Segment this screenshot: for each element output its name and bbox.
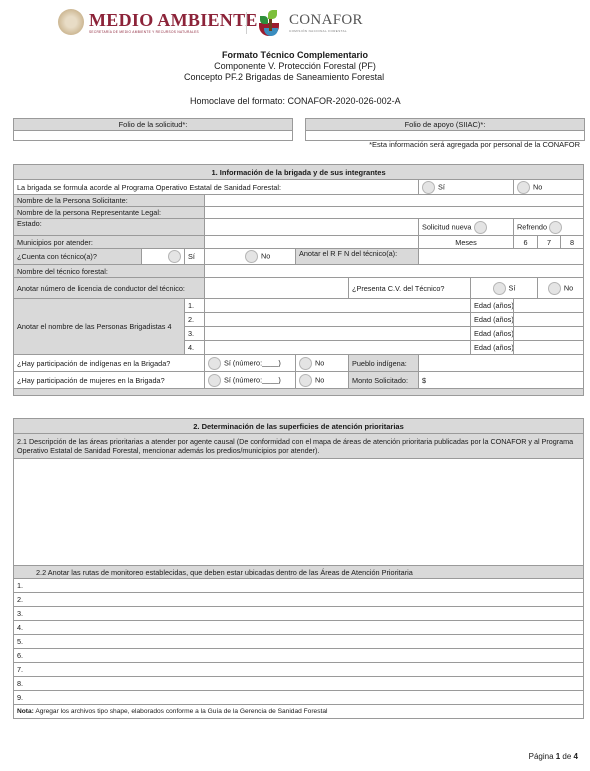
section2-table: 2. Determinación de las superficies de a… <box>13 418 584 719</box>
radio-icon[interactable] <box>548 282 561 295</box>
edad-input[interactable] <box>514 299 584 313</box>
areas-desc-input[interactable] <box>14 459 584 566</box>
folio-solicitud-box: Folio de la solicitud*: <box>13 118 293 141</box>
radio-icon[interactable] <box>299 374 312 387</box>
tecnico-yes-label: Sí <box>185 249 205 265</box>
tecnico-yes-radio[interactable] <box>142 249 185 265</box>
form-component: Componente V. Protección Forestal (PF) <box>0 61 590 71</box>
rutas-label: 2.2 Anotar las rutas de monitoreo establ… <box>14 566 584 579</box>
ruta-row[interactable]: 7. <box>14 663 584 677</box>
conafor-subtitle: COMISIÓN NACIONAL FORESTAL <box>289 29 363 33</box>
programa-yes-option[interactable]: Sí <box>419 180 514 195</box>
solicitante-label: Nombre de la Persona Solicitante: <box>14 195 205 207</box>
tecnico-label: ¿Cuenta con técnico(a)? <box>14 249 142 265</box>
form-homoclave: Homoclave del formato: CONAFOR-2020-026-… <box>190 96 401 106</box>
conafor-tree-icon <box>256 8 286 38</box>
brigadista-name-input[interactable] <box>205 313 471 327</box>
edad-input[interactable] <box>514 327 584 341</box>
pueblo-input[interactable] <box>419 355 584 372</box>
radio-icon[interactable] <box>517 181 530 194</box>
national-seal-icon <box>58 9 84 35</box>
pueblo-label: Pueblo indígena: <box>349 355 419 372</box>
cv-label: ¿Presenta C.V. del Técnico? <box>349 278 471 299</box>
brigadista-name-input[interactable] <box>205 327 471 341</box>
licencia-input[interactable] <box>205 278 349 299</box>
section1-header: 1. Información de la brigada y de sus in… <box>14 165 584 180</box>
rfn-label: Anotar el R F N del técnico(a): <box>296 249 419 265</box>
conafor-title: CONAFOR <box>289 13 363 28</box>
folio-apoyo-input[interactable] <box>306 131 584 140</box>
edad-input[interactable] <box>514 313 584 327</box>
brigadista-num: 4. <box>185 341 205 355</box>
mujeres-label: ¿Hay participación de mujeres en la Brig… <box>14 372 205 389</box>
logo-divider <box>246 12 247 34</box>
page-number: Página 1 de 4 <box>529 752 578 761</box>
folio-solicitud-label: Folio de la solicitud*: <box>14 119 292 131</box>
brigadista-num: 1. <box>185 299 205 313</box>
cv-no-option[interactable]: No <box>538 278 584 299</box>
conafor-logo: CONAFOR COMISIÓN NACIONAL FORESTAL <box>256 8 363 38</box>
edad-label: Edad (años) <box>471 327 514 341</box>
meses-label: Meses <box>419 236 514 249</box>
radio-icon[interactable] <box>299 357 312 370</box>
brigadista-name-input[interactable] <box>205 341 471 355</box>
section2-header: 2. Determinación de las superficies de a… <box>14 419 584 434</box>
rfn-input[interactable] <box>419 249 584 265</box>
indigenas-yes-option[interactable]: Sí (número:____) <box>205 355 296 372</box>
radio-icon[interactable] <box>493 282 506 295</box>
form-concept: Concepto PF.2 Brigadas de Saneamiento Fo… <box>184 72 384 82</box>
radio-icon[interactable] <box>245 250 258 263</box>
programa-no-option[interactable]: No <box>514 180 584 195</box>
municipios-label: Municipios por atender: <box>14 236 205 249</box>
ruta-row[interactable]: 9. <box>14 691 584 705</box>
brigadista-num: 3. <box>185 327 205 341</box>
mujeres-no-option[interactable]: No <box>296 372 349 389</box>
folio-note: *Esta información será agregada por pers… <box>369 140 580 149</box>
folio-apoyo-label: Folio de apoyo (SIIAC)*: <box>306 119 584 131</box>
semarnat-logo: MEDIO AMBIENTE SECRETARÍA DE MEDIO AMBIE… <box>58 9 258 35</box>
representante-input[interactable] <box>205 207 584 219</box>
tecnico-no-option[interactable]: No <box>205 249 296 265</box>
nota: Nota: Agregar los archivos tipo shape, e… <box>14 705 584 719</box>
indigenas-no-option[interactable]: No <box>296 355 349 372</box>
ruta-row[interactable]: 8. <box>14 677 584 691</box>
areas-desc-label: 2.1 Descripción de las áreas prioritaria… <box>14 434 584 459</box>
nombre-tecnico-input[interactable] <box>205 265 584 278</box>
solicitante-input[interactable] <box>205 195 584 207</box>
edad-label: Edad (años) <box>471 313 514 327</box>
edad-label: Edad (años) <box>471 299 514 313</box>
ruta-row[interactable]: 3. <box>14 607 584 621</box>
nota-label: Nota: <box>17 708 34 715</box>
ruta-row[interactable]: 6. <box>14 649 584 663</box>
nombre-tecnico-label: Nombre del técnico forestal: <box>14 265 205 278</box>
meses-option-6[interactable]: 6 <box>514 236 538 249</box>
estado-input[interactable] <box>205 219 419 236</box>
folio-solicitud-input[interactable] <box>14 131 292 140</box>
indigenas-label: ¿Hay participación de indígenas en la Br… <box>14 355 205 372</box>
programa-label: La brigada se formula acorde al Programa… <box>14 180 419 195</box>
licencia-label: Anotar número de licencia de conductor d… <box>14 278 205 299</box>
page-total: 4 <box>574 752 578 761</box>
medio-ambiente-subtitle: SECRETARÍA DE MEDIO AMBIENTE Y RECURSOS … <box>89 30 258 34</box>
radio-icon[interactable] <box>208 357 221 370</box>
meses-option-8[interactable]: 8 <box>561 236 584 249</box>
refrendo-option[interactable]: Refrendo <box>514 219 584 236</box>
radio-icon[interactable] <box>422 181 435 194</box>
ruta-row[interactable]: 2. <box>14 593 584 607</box>
representante-label: Nombre de la persona Representante Legal… <box>14 207 205 219</box>
municipios-input[interactable] <box>205 236 419 249</box>
monto-input[interactable]: $ <box>419 372 584 389</box>
edad-label: Edad (años) <box>471 341 514 355</box>
ruta-row[interactable]: 1. <box>14 579 584 593</box>
form-title: Formato Técnico Complementario <box>0 50 590 60</box>
cv-yes-option[interactable]: Sí <box>471 278 538 299</box>
radio-icon[interactable] <box>474 221 487 234</box>
brigadista-name-input[interactable] <box>205 299 471 313</box>
estado-label: Estado: <box>14 219 205 236</box>
monto-label: Monto Solicitado: <box>349 372 419 389</box>
section1-table: 1. Información de la brigada y de sus in… <box>13 164 584 396</box>
nota-text: Agregar los archivos tipo shape, elabora… <box>34 708 328 715</box>
folio-apoyo-box: Folio de apoyo (SIIAC)*: <box>305 118 585 141</box>
radio-icon[interactable] <box>208 374 221 387</box>
ruta-row[interactable]: 5. <box>14 635 584 649</box>
brigadista-num: 2. <box>185 313 205 327</box>
mujeres-yes-option[interactable]: Sí (número:____) <box>205 372 296 389</box>
medio-ambiente-title: MEDIO AMBIENTE <box>89 11 258 29</box>
ruta-row[interactable]: 4. <box>14 621 584 635</box>
meses-option-7[interactable]: 7 <box>538 236 561 249</box>
solicitud-nueva-option[interactable]: Solicitud nueva <box>419 219 514 236</box>
radio-icon[interactable] <box>168 250 181 263</box>
radio-icon[interactable] <box>549 221 562 234</box>
section1-bottom-bar <box>14 389 584 396</box>
edad-input[interactable] <box>514 341 584 355</box>
brigadistas-label: Anotar el nombre de las Personas Brigadi… <box>14 299 185 355</box>
